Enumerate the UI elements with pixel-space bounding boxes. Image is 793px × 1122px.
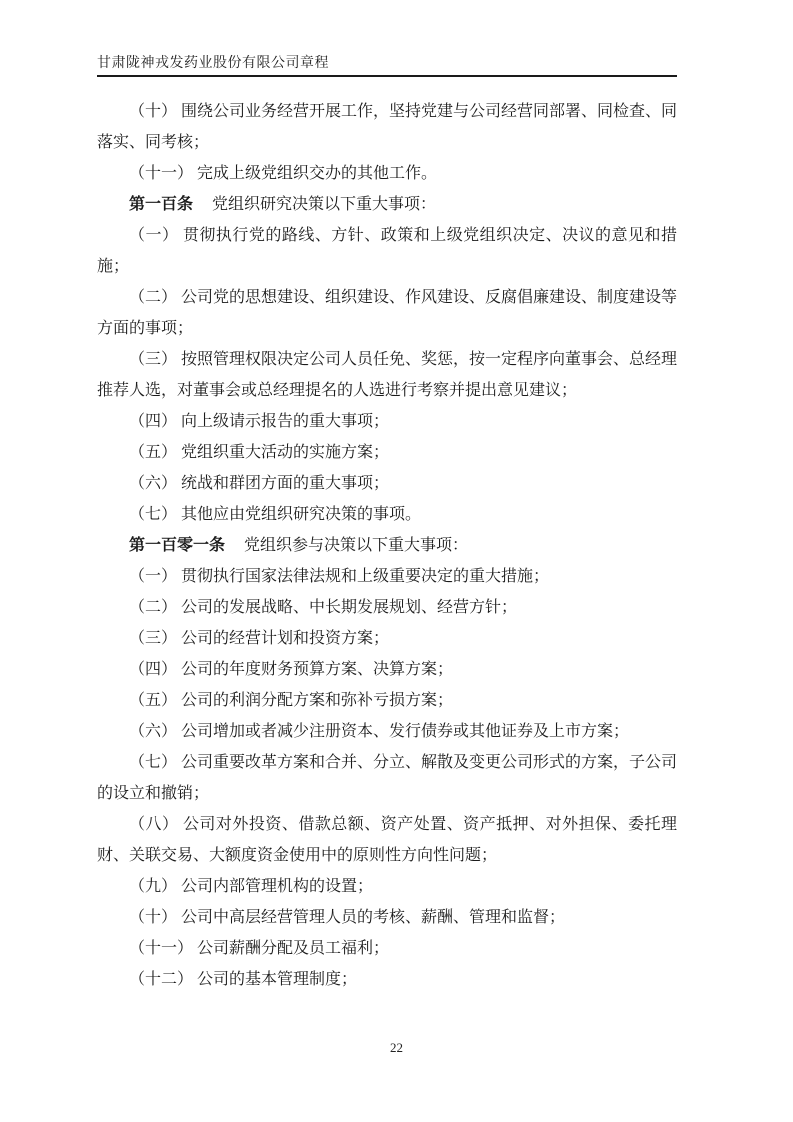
paragraph: （十一） 公司薪酬分配及员工福利； xyxy=(97,933,677,964)
article-clause: 第一百零一条党组织参与决策以下重大事项： xyxy=(97,530,677,561)
paragraph: （七） 公司重要改革方案和合并、分立、解散及变更公司形式的方案，子公司的设立和撤… xyxy=(97,747,677,809)
article-number: 第一百条 xyxy=(129,196,193,213)
paragraph: （四） 公司的年度财务预算方案、决算方案； xyxy=(97,654,677,685)
paragraph: （一） 贯彻执行党的路线、方针、政策和上级党组织决定、决议的意见和措施； xyxy=(97,220,677,282)
paragraph: （一） 贯彻执行国家法律法规和上级重要决定的重大措施； xyxy=(97,561,677,592)
paragraph: （二） 公司的发展战略、中长期发展规划、经营方针； xyxy=(97,592,677,623)
paragraph: （九） 公司内部管理机构的设置； xyxy=(97,871,677,902)
paragraph: （二） 公司党的思想建设、组织建设、作风建设、反腐倡廉建设、制度建设等方面的事项… xyxy=(97,282,677,344)
paragraph: （六） 公司增加或者减少注册资本、发行债券或其他证券及上市方案； xyxy=(97,716,677,747)
paragraph: （十二） 公司的基本管理制度； xyxy=(97,964,677,995)
document-body: （十） 围绕公司业务经营开展工作，坚持党建与公司经营同部署、同检查、同落实、同考… xyxy=(97,96,677,995)
paragraph: （五） 党组织重大活动的实施方案； xyxy=(97,437,677,468)
paragraph: （五） 公司的利润分配方案和弥补亏损方案； xyxy=(97,685,677,716)
article-number: 第一百零一条 xyxy=(129,537,225,554)
paragraph: （十一） 完成上级党组织交办的其他工作。 xyxy=(97,158,677,189)
header-title: 甘肃陇神戎发药业股份有限公司章程 xyxy=(97,56,329,71)
article-clause: 第一百条党组织研究决策以下重大事项： xyxy=(97,189,677,220)
paragraph: （十） 公司中高层经营管理人员的考核、薪酬、管理和监督； xyxy=(97,902,677,933)
article-text: 党组织研究决策以下重大事项： xyxy=(212,196,436,213)
page-number: 22 xyxy=(390,1040,403,1055)
paragraph: （十） 围绕公司业务经营开展工作，坚持党建与公司经营同部署、同检查、同落实、同考… xyxy=(97,96,677,158)
paragraph: （七） 其他应由党组织研究决策的事项。 xyxy=(97,499,677,530)
document-page: 甘肃陇神戎发药业股份有限公司章程 （十） 围绕公司业务经营开展工作，坚持党建与公… xyxy=(0,0,793,1122)
paragraph: （八） 公司对外投资、借款总额、资产处置、资产抵押、对外担保、委托理财、关联交易… xyxy=(97,809,677,871)
page-footer: 22 xyxy=(0,1040,793,1056)
paragraph: （三） 按照管理权限决定公司人员任免、奖惩，按一定程序向董事会、总经理推荐人选，… xyxy=(97,344,677,406)
article-text: 党组织参与决策以下重大事项： xyxy=(244,537,468,554)
paragraph: （四） 向上级请示报告的重大事项； xyxy=(97,406,677,437)
paragraph: （三） 公司的经营计划和投资方案； xyxy=(97,623,677,654)
page-header: 甘肃陇神戎发药业股份有限公司章程 xyxy=(97,55,677,77)
paragraph: （六） 统战和群团方面的重大事项； xyxy=(97,468,677,499)
